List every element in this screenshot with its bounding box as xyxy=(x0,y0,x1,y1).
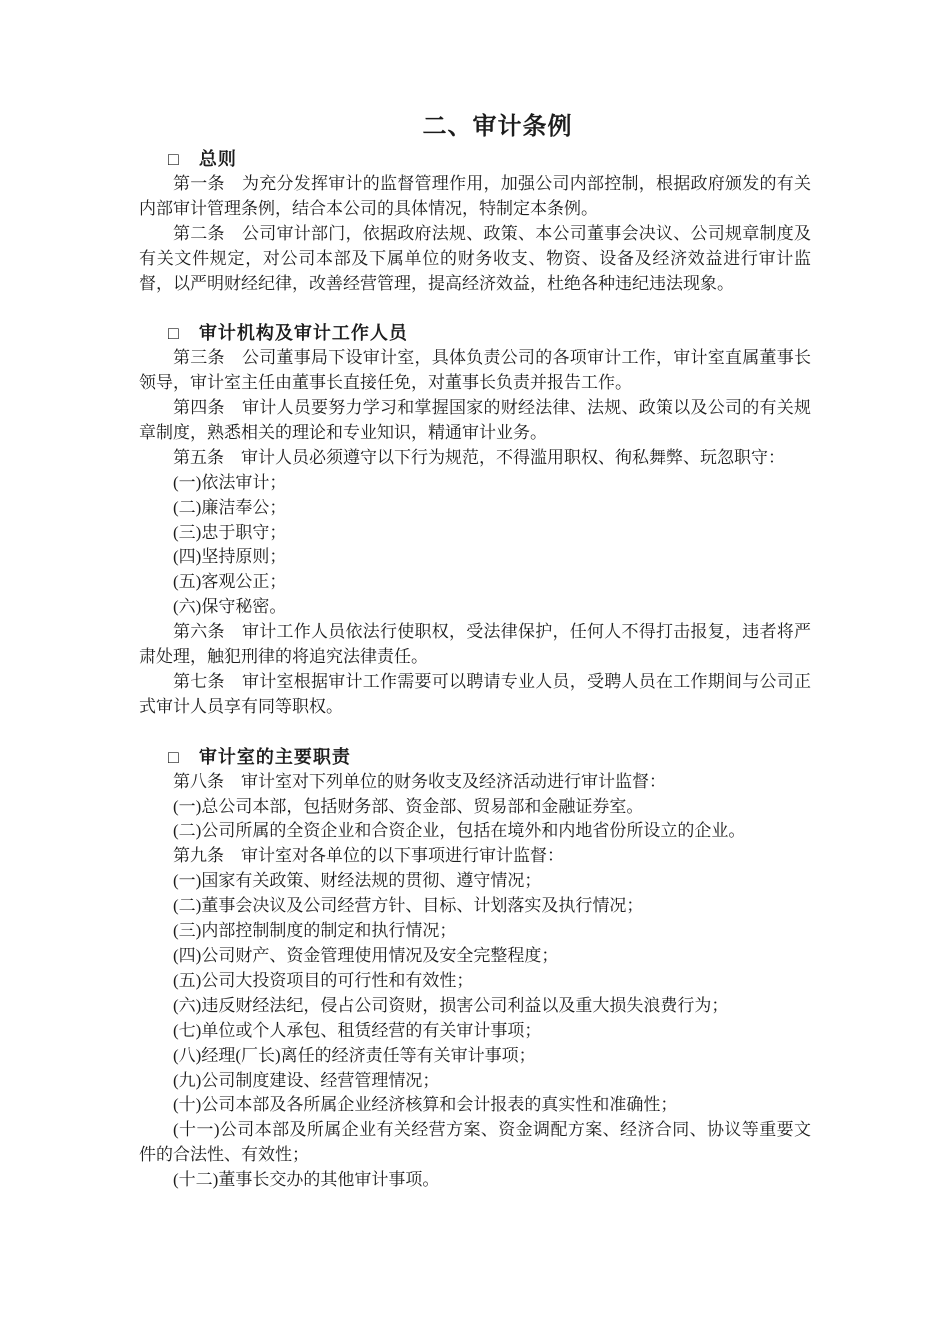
paragraph: (三)忠于职守； xyxy=(139,521,811,546)
paragraph: (二)公司所属的全资企业和合资企业，包括在境外和内地省份所设立的企业。 xyxy=(139,819,811,844)
document-page: 二、审计条例 □ 总则第一条 为充分发挥审计的监督管理作用，加强公司内部控制，根… xyxy=(0,0,950,1344)
paragraph: (八)经理(厂长)离任的经济责任等有关审计事项； xyxy=(139,1044,811,1069)
paragraph: 第四条 审计人员要努力学习和掌握国家的财经法律、法规、政策以及公司的有关规章制度… xyxy=(139,396,811,446)
section-heading: □ 审计机构及审计工作人员 xyxy=(139,321,811,346)
paragraph: (二)廉洁奉公； xyxy=(139,496,811,521)
paragraph: (一)国家有关政策、财经法规的贯彻、遵守情况； xyxy=(139,869,811,894)
section: □ 审计室的主要职责第八条 审计室对下列单位的财务收支及经济活动进行审计监督：(… xyxy=(139,745,811,1193)
section: □ 总则第一条 为充分发挥审计的监督管理作用，加强公司内部控制，根据政府颁发的有… xyxy=(139,147,811,296)
paragraph: 第二条 公司审计部门，依据政府法规、政策、本公司董事会决议、公司规章制度及有关文… xyxy=(139,222,811,297)
paragraph: (三)内部控制制度的制定和执行情况； xyxy=(139,919,811,944)
paragraph: 第五条 审计人员必须遵守以下行为规范，不得滥用职权、徇私舞弊、玩忽职守： xyxy=(139,446,811,471)
section-heading: □ 总则 xyxy=(139,147,811,172)
paragraph: (七)单位或个人承包、租赁经营的有关审计事项； xyxy=(139,1019,811,1044)
paragraph: (四)公司财产、资金管理使用情况及安全完整程度； xyxy=(139,944,811,969)
paragraph: (六)违反财经法纪，侵占公司资财，损害公司利益以及重大损失浪费行为； xyxy=(139,994,811,1019)
paragraph: 第一条 为充分发挥审计的监督管理作用，加强公司内部控制，根据政府颁发的有关内部审… xyxy=(139,172,811,222)
paragraph: (十)公司本部及各所属企业经济核算和会计报表的真实性和准确性； xyxy=(139,1093,811,1118)
paragraph: 第八条 审计室对下列单位的财务收支及经济活动进行审计监督： xyxy=(139,770,811,795)
paragraph: (二)董事会决议及公司经营方针、目标、计划落实及执行情况； xyxy=(139,894,811,919)
paragraph: (十一)公司本部及所属企业有关经营方案、资金调配方案、经济合同、协议等重要文件的… xyxy=(139,1118,811,1168)
paragraph: (五)公司大投资项目的可行性和有效性； xyxy=(139,969,811,994)
paragraph: 第三条 公司董事局下设审计室，具体负责公司的各项审计工作，审计室直属董事长领导，… xyxy=(139,346,811,396)
document-content: 二、审计条例 □ 总则第一条 为充分发挥审计的监督管理作用，加强公司内部控制，根… xyxy=(139,109,811,1193)
paragraph: (十二)董事长交办的其他审计事项。 xyxy=(139,1168,811,1193)
section: □ 审计机构及审计工作人员第三条 公司董事局下设审计室，具体负责公司的各项审计工… xyxy=(139,321,811,720)
paragraph: (九)公司制度建设、经营管理情况； xyxy=(139,1069,811,1094)
paragraph: (一)总公司本部，包括财务部、资金部、贸易部和金融证券室。 xyxy=(139,795,811,820)
paragraph: (五)客观公正； xyxy=(139,570,811,595)
paragraph: (一)依法审计； xyxy=(139,471,811,496)
paragraph: 第七条 审计室根据审计工作需要可以聘请专业人员，受聘人员在工作期间与公司正式审计… xyxy=(139,670,811,720)
paragraph: (六)保守秘密。 xyxy=(139,595,811,620)
document-title: 二、审计条例 xyxy=(139,109,811,143)
paragraph: 第六条 审计工作人员依法行使职权，受法律保护，任何人不得打击报复，违者将严肃处理… xyxy=(139,620,811,670)
document-body: □ 总则第一条 为充分发挥审计的监督管理作用，加强公司内部控制，根据政府颁发的有… xyxy=(139,147,811,1193)
paragraph: (四)坚持原则； xyxy=(139,545,811,570)
section-heading: □ 审计室的主要职责 xyxy=(139,745,811,770)
paragraph: 第九条 审计室对各单位的以下事项进行审计监督： xyxy=(139,844,811,869)
